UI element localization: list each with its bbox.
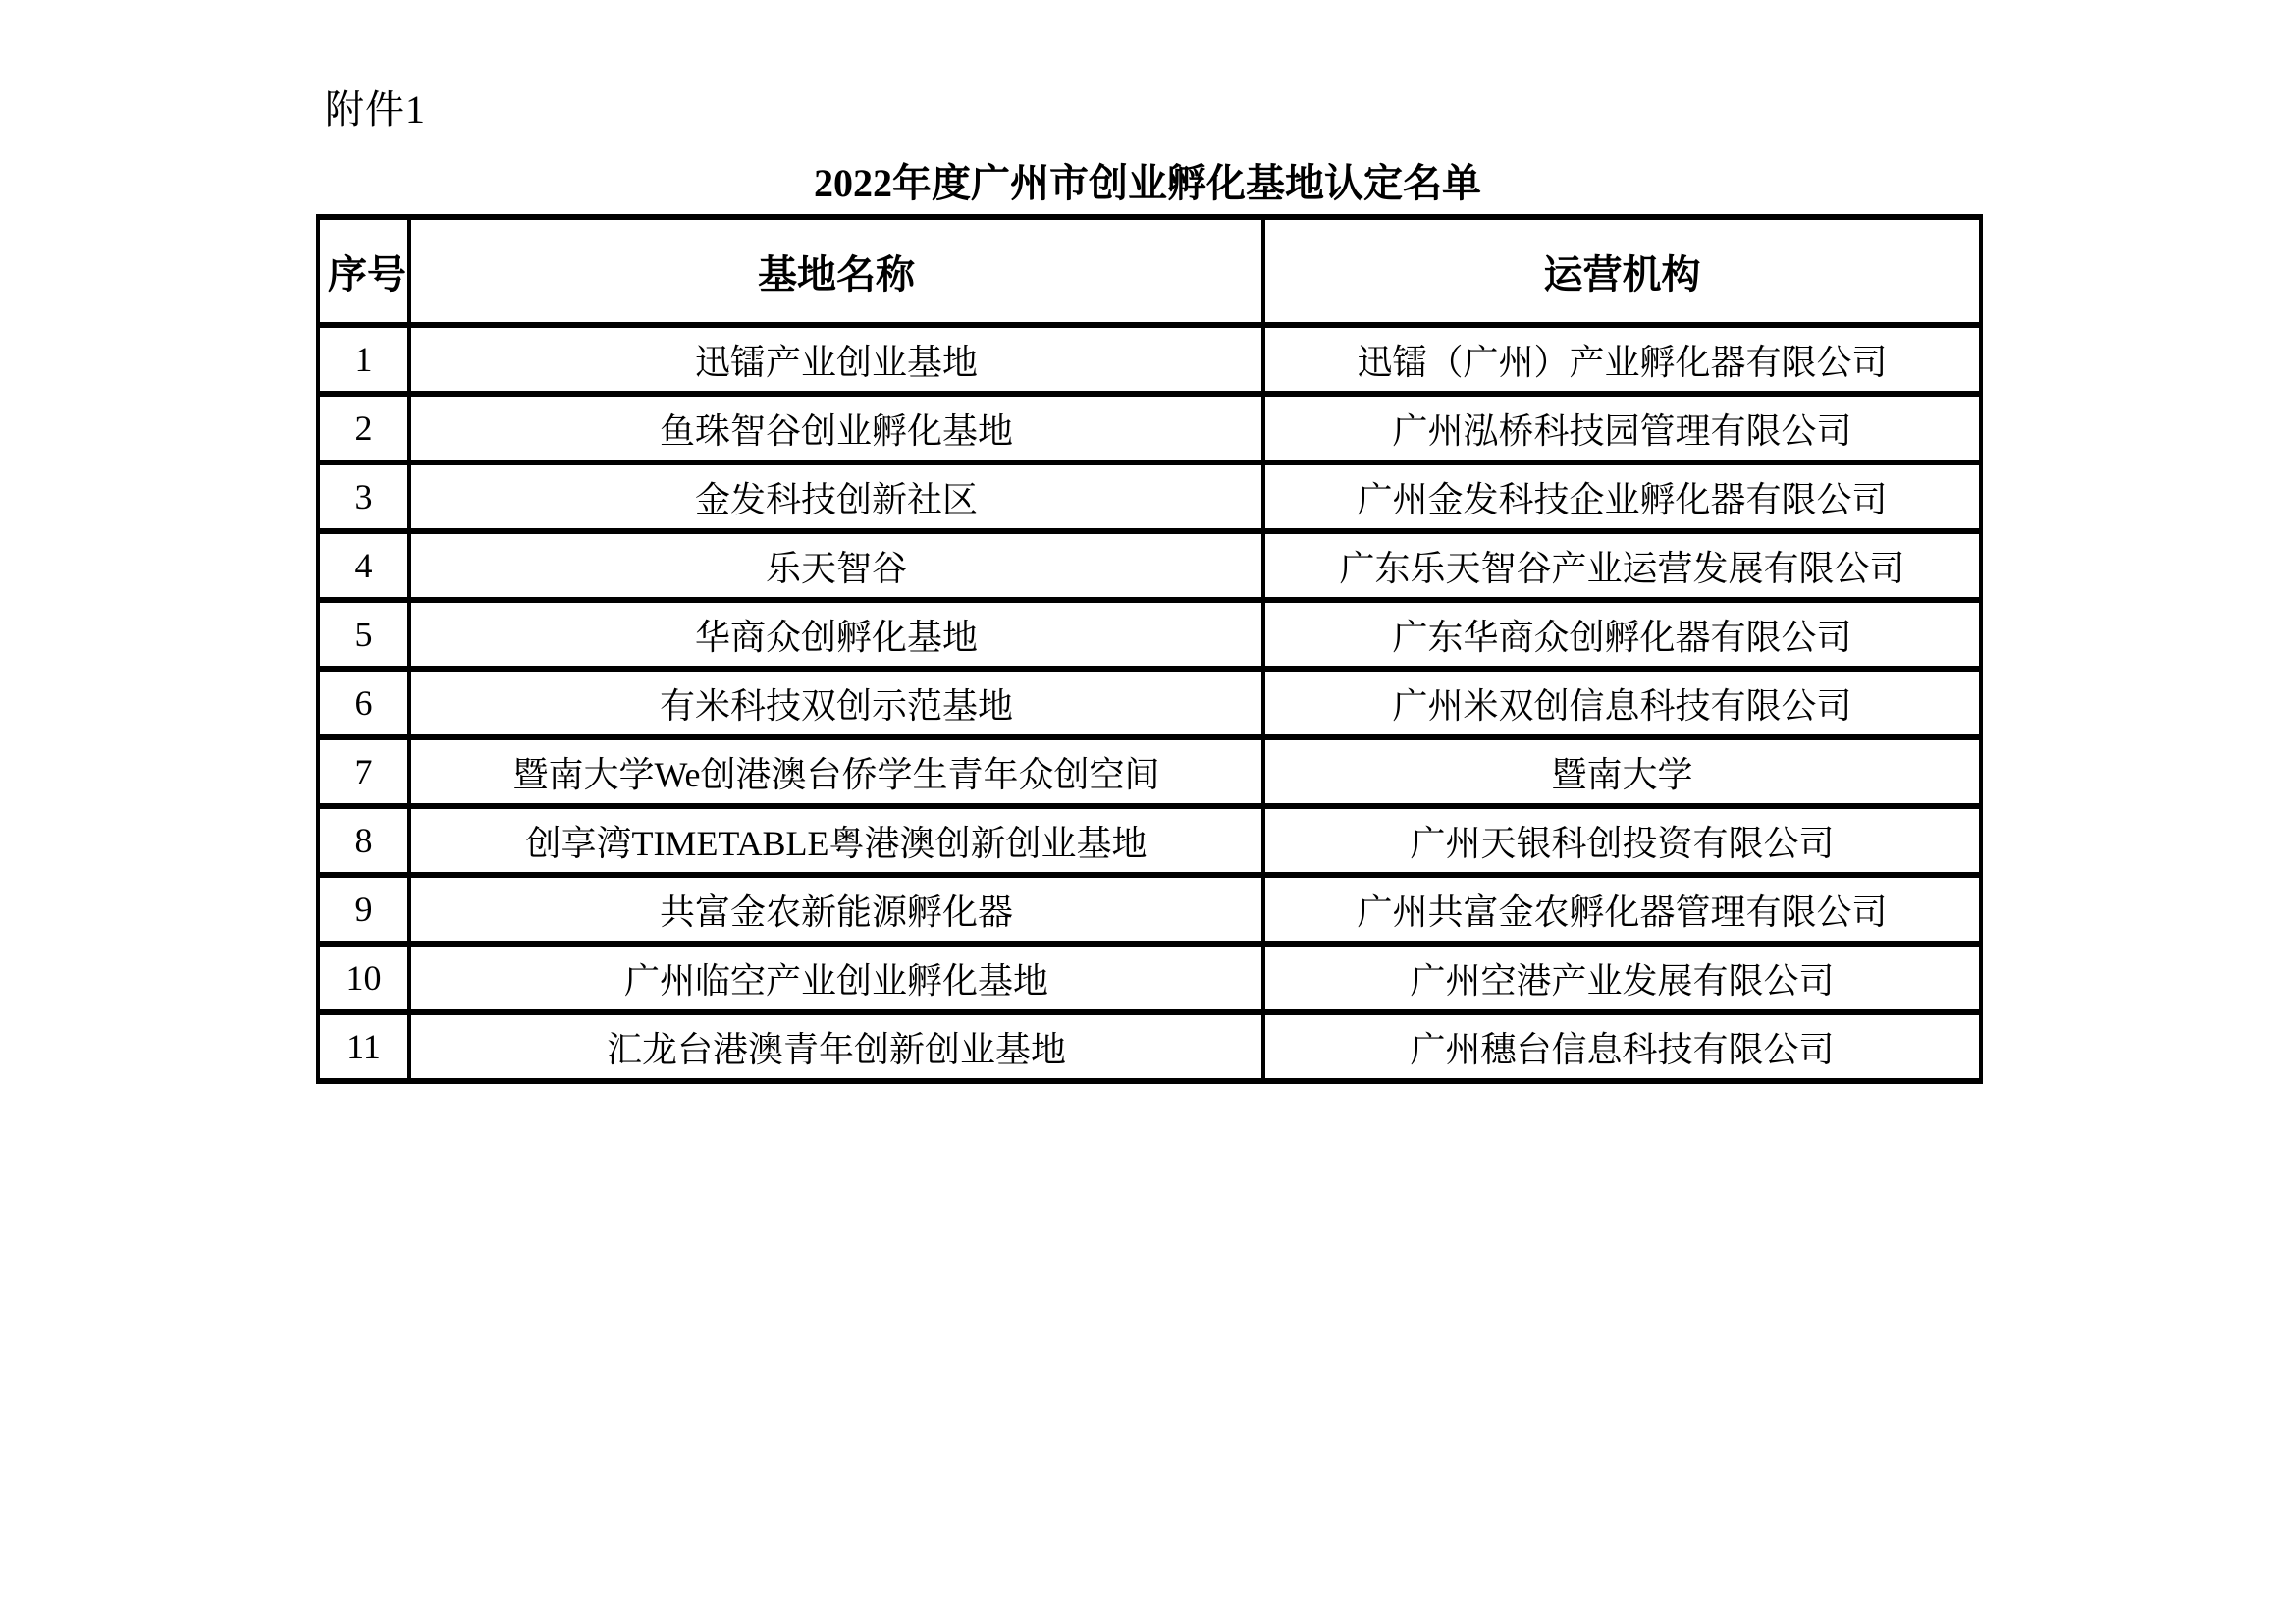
- document-page: 附件1 2022年度广州市创业孵化基地认定名单 序号 基地名称 运营机构 1 迅…: [0, 0, 2296, 1624]
- cell-operator: 广州共富金农孵化器管理有限公司: [1263, 875, 1981, 944]
- cell-base-name: 金发科技创新社区: [409, 462, 1263, 531]
- cell-number: 6: [318, 669, 409, 737]
- cell-base-name: 有米科技双创示范基地: [409, 669, 1263, 737]
- cell-base-name: 华商众创孵化基地: [409, 600, 1263, 669]
- cell-number: 4: [318, 531, 409, 600]
- cell-base-name: 广州临空产业创业孵化基地: [409, 944, 1263, 1012]
- table-row: 9 共富金农新能源孵化器 广州共富金农孵化器管理有限公司: [318, 875, 1981, 944]
- attachment-label: 附件1: [325, 86, 426, 134]
- cell-base-name: 共富金农新能源孵化器: [409, 875, 1263, 944]
- incubation-base-table: 序号 基地名称 运营机构 1 迅镭产业创业基地 迅镭（广州）产业孵化器有限公司 …: [316, 214, 1983, 1084]
- table-row: 7 暨南大学We创港澳台侨学生青年众创空间 暨南大学: [318, 737, 1981, 806]
- cell-base-name: 乐天智谷: [409, 531, 1263, 600]
- cell-operator: 广州泓桥科技园管理有限公司: [1263, 394, 1981, 462]
- table-header-row: 序号 基地名称 运营机构: [318, 217, 1981, 325]
- cell-base-name: 汇龙台港澳青年创新创业基地: [409, 1012, 1263, 1081]
- cell-operator: 广州米双创信息科技有限公司: [1263, 669, 1981, 737]
- cell-number: 3: [318, 462, 409, 531]
- table-row: 10 广州临空产业创业孵化基地 广州空港产业发展有限公司: [318, 944, 1981, 1012]
- cell-number: 9: [318, 875, 409, 944]
- cell-operator: 广州穗台信息科技有限公司: [1263, 1012, 1981, 1081]
- table-row: 5 华商众创孵化基地 广东华商众创孵化器有限公司: [318, 600, 1981, 669]
- table-row: 11 汇龙台港澳青年创新创业基地 广州穗台信息科技有限公司: [318, 1012, 1981, 1081]
- cell-number: 1: [318, 325, 409, 394]
- table-row: 4 乐天智谷 广东乐天智谷产业运营发展有限公司: [318, 531, 1981, 600]
- header-cell-number: 序号: [318, 217, 409, 325]
- cell-base-name: 创享湾TIMETABLE粤港澳创新创业基地: [409, 806, 1263, 875]
- cell-operator: 迅镭（广州）产业孵化器有限公司: [1263, 325, 1981, 394]
- cell-base-name: 迅镭产业创业基地: [409, 325, 1263, 394]
- table-row: 3 金发科技创新社区 广州金发科技企业孵化器有限公司: [318, 462, 1981, 531]
- cell-operator: 广州空港产业发展有限公司: [1263, 944, 1981, 1012]
- cell-number: 10: [318, 944, 409, 1012]
- table-row: 2 鱼珠智谷创业孵化基地 广州泓桥科技园管理有限公司: [318, 394, 1981, 462]
- cell-operator: 广东华商众创孵化器有限公司: [1263, 600, 1981, 669]
- cell-operator: 广州金发科技企业孵化器有限公司: [1263, 462, 1981, 531]
- cell-operator: 暨南大学: [1263, 737, 1981, 806]
- document-title: 2022年度广州市创业孵化基地认定名单: [316, 161, 1979, 206]
- table-row: 6 有米科技双创示范基地 广州米双创信息科技有限公司: [318, 669, 1981, 737]
- cell-base-name: 暨南大学We创港澳台侨学生青年众创空间: [409, 737, 1263, 806]
- table-row: 1 迅镭产业创业基地 迅镭（广州）产业孵化器有限公司: [318, 325, 1981, 394]
- cell-operator: 广东乐天智谷产业运营发展有限公司: [1263, 531, 1981, 600]
- cell-base-name: 鱼珠智谷创业孵化基地: [409, 394, 1263, 462]
- cell-number: 8: [318, 806, 409, 875]
- table-row: 8 创享湾TIMETABLE粤港澳创新创业基地 广州天银科创投资有限公司: [318, 806, 1981, 875]
- cell-number: 7: [318, 737, 409, 806]
- cell-operator: 广州天银科创投资有限公司: [1263, 806, 1981, 875]
- cell-number: 5: [318, 600, 409, 669]
- header-cell-base-name: 基地名称: [409, 217, 1263, 325]
- cell-number: 2: [318, 394, 409, 462]
- cell-number: 11: [318, 1012, 409, 1081]
- header-cell-operator: 运营机构: [1263, 217, 1981, 325]
